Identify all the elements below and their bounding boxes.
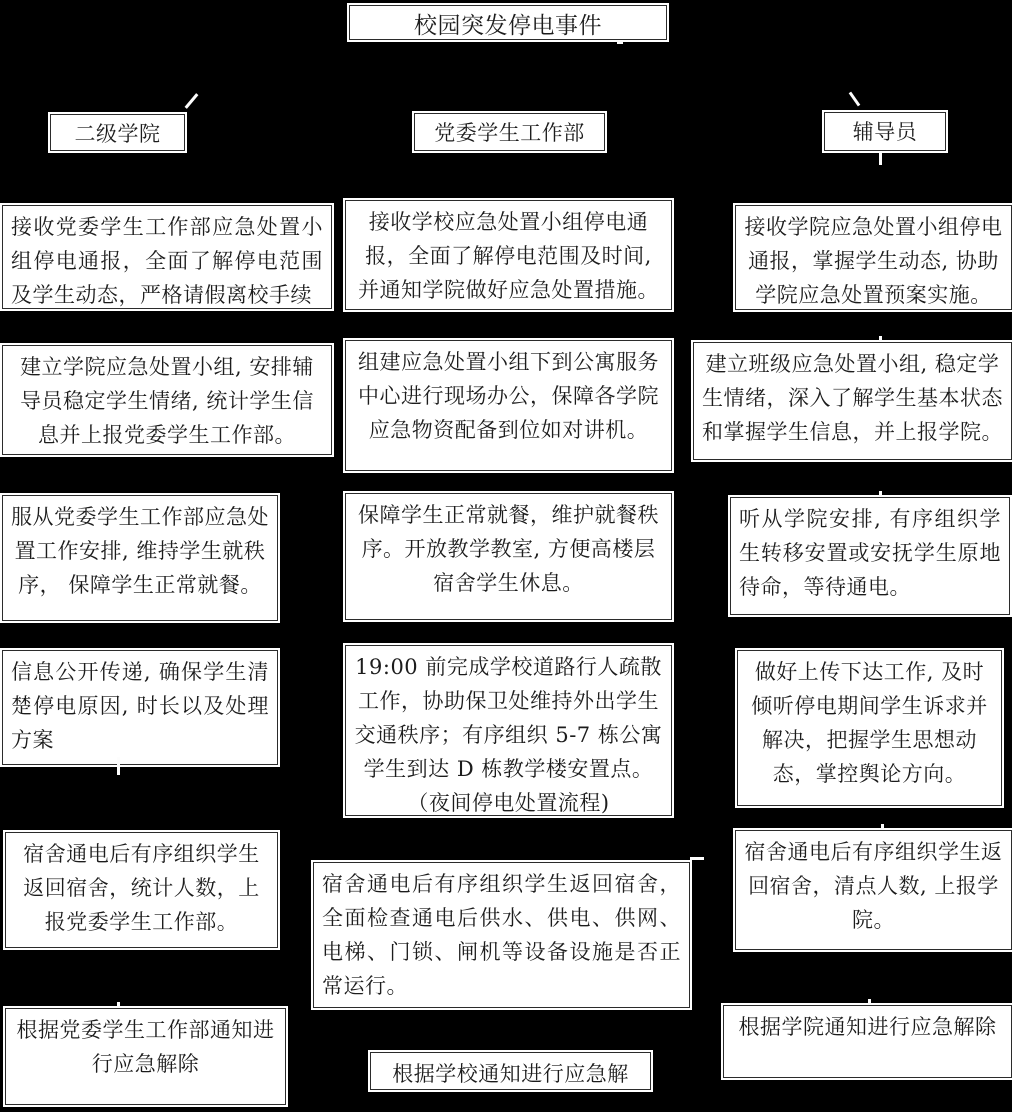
connector-artifact [879, 336, 882, 342]
column-header-counselor: 辅导员 [824, 112, 946, 151]
task-box-counselor-5: 宿舍通电后有序组织学生返回宿舍，清点人数, 上报学院。 [735, 830, 1012, 950]
task-box-college-2: 建立学院应急处置小组, 安排辅导员稳定学生情绪, 统计学生信息并上报党委学生工作… [2, 345, 332, 455]
connector-artifact [117, 1002, 120, 1008]
connector-artifact [879, 153, 882, 165]
task-box-counselor-1: 接收学院应急处置小组停电通报，掌握学生动态, 协助学院应急处置预案实施。 [735, 205, 1012, 310]
task-box-counselor-6: 根据学院通知进行应急解除 [723, 1005, 1012, 1078]
connector-artifact [617, 41, 623, 44]
connector-artifact [185, 93, 199, 109]
task-box-college-1: 接收党委学生工作部应急处置小组停电通报，全面了解停电范围及学生动态，严格请假离校… [2, 205, 332, 309]
task-box-counselor-4: 做好上传下达工作, 及时倾听停电期间学生诉求并解决，把握学生思想动态，掌控舆论方… [737, 650, 1002, 806]
task-box-dept-2: 组建应急处置小组下到公寓服务中心进行现场办公，保障各学院应急物资配备到位如对讲机… [345, 340, 672, 471]
column-header-secondary-college: 二级学院 [50, 114, 185, 151]
column-header-student-work-dept: 党委学生工作部 [414, 113, 605, 151]
task-box-college-5: 宿舍通电后有序组织学生返回宿舍，统计人数，上报党委学生工作部。 [5, 832, 278, 948]
task-box-counselor-3: 听从学院安排, 有序组织学生转移安置或安抚学生原地待命，等待通电。 [730, 497, 1010, 615]
connector-artifact [849, 92, 861, 107]
connector-artifact [881, 824, 884, 830]
task-box-dept-5: 宿舍通电后有序组织学生返回宿舍，全面检查通电后供水、供电、供网、电梯、门锁、闸机… [313, 862, 690, 1008]
task-box-dept-3: 保障学生正常就餐，维护就餐秩序。开放教学教室, 方便高楼层宿舍学生休息。 [345, 493, 672, 620]
connector-artifact [690, 857, 704, 860]
connector-artifact [879, 491, 882, 497]
connector-artifact [868, 999, 871, 1005]
task-box-college-4: 信息公开传递, 确保学生清楚停电原因, 时长以及处理方案 [2, 650, 278, 765]
task-box-college-6: 根据党委学生工作部通知进行应急解除 [5, 1008, 286, 1105]
connector-artifact [117, 757, 120, 775]
task-box-counselor-2: 建立班级应急处置小组, 稳定学生情绪，深入了解学生基本状态和掌握学生信息，并上报… [693, 342, 1012, 460]
task-box-college-3: 服从党委学生工作部应急处置工作安排, 维持学生就秩序， 保障学生正常就餐。 [2, 495, 278, 621]
flowchart-canvas: 校园突发停电事件 二级学院 党委学生工作部 辅导员 接收党委学生工作部应急处置小… [0, 0, 1012, 1112]
task-box-dept-6: 根据学校通知进行应急解 [370, 1052, 651, 1090]
task-box-dept-1: 接收学校应急处置小组停电通报，全面了解停电范围及时间, 并通知学院做好应急处置措… [345, 200, 672, 310]
task-box-dept-4: 19:00 前完成学校道路行人疏散工作，协助保卫处维持外出学生交通秩序；有序组织… [345, 645, 672, 816]
flowchart-title: 校园突发停电事件 [349, 5, 667, 40]
